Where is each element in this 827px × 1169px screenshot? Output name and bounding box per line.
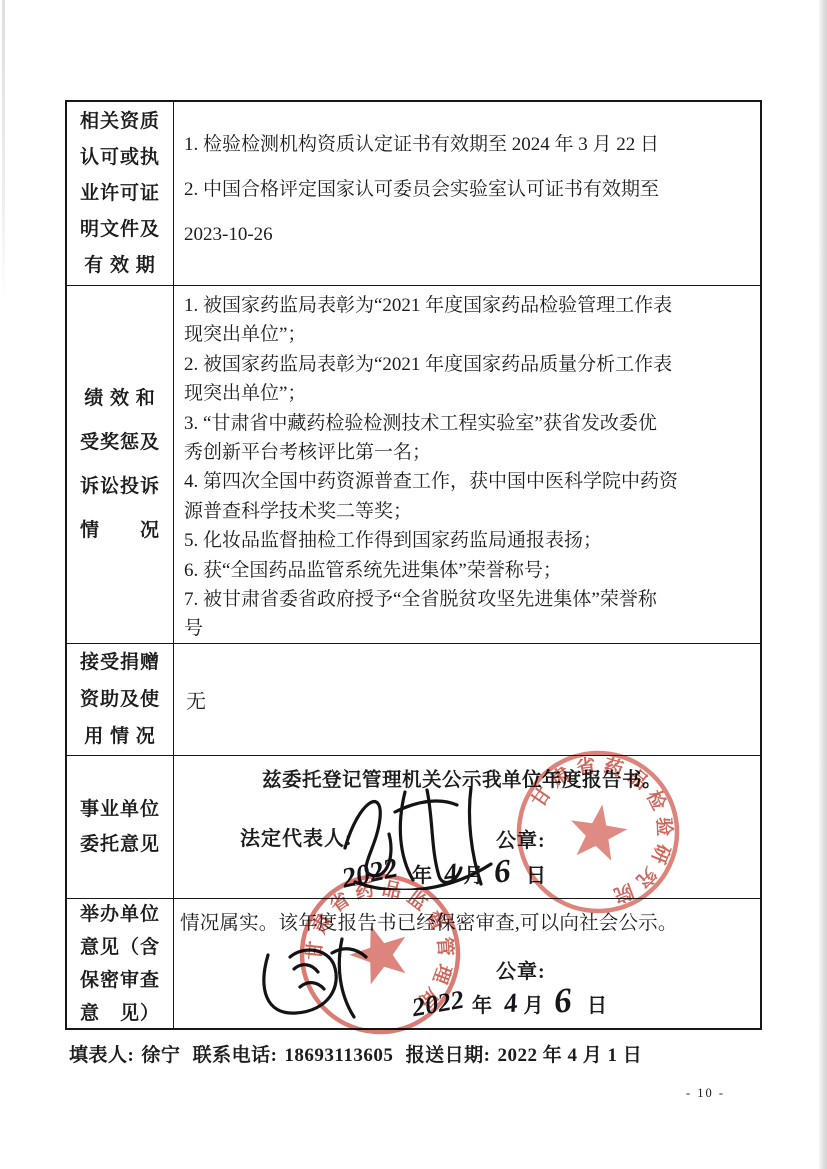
text-line: 绩 效 和 xyxy=(84,377,156,421)
phone-label: 联系电话: xyxy=(193,1045,278,1066)
scan-artifact-left xyxy=(2,0,5,300)
page-number: - 10 - xyxy=(686,1086,725,1101)
text-line: 接受捐赠 xyxy=(80,644,160,681)
phone-number: 18693113605 xyxy=(284,1045,393,1066)
text-line: 号 xyxy=(184,614,754,643)
table-row-performance: 绩 效 和受奖惩及诉讼投诉情 况 1. 被国家药监局表彰为“2021 年度国家药… xyxy=(67,285,760,643)
submit-date: 2022 年 4 月 1 日 xyxy=(497,1045,642,1066)
row-header-sponsor-opinion: 举办单位意见（含保密审查意 见） xyxy=(67,899,174,1028)
table-row-qualifications: 相关资质认可或执业许可证明文件及有 效 期 1. 检验检测机构资质认定证书有效期… xyxy=(67,102,760,285)
text-line: 受奖惩及 xyxy=(80,421,160,465)
text-line: 举办单位 xyxy=(80,898,160,931)
text-line: 源普查科学技术奖二等奖； xyxy=(184,497,754,526)
text-line: 用 情 况 xyxy=(84,718,156,755)
sponsor-date-month: 4 xyxy=(502,987,519,1019)
text-line: 现突出单位”； xyxy=(184,379,754,408)
text-line: 4. 第四次全国中药资源普查工作，获中国中医科学院中药资 xyxy=(184,467,754,496)
text-line: 秀创新平台考核评比第一名； xyxy=(184,438,754,467)
filler-name: 徐宁 xyxy=(141,1045,180,1066)
text-line: 明文件及 xyxy=(80,212,160,248)
submit-date-label: 报送日期: xyxy=(406,1045,491,1066)
row-header-entrust-opinion: 事业单位委托意见 xyxy=(67,756,174,898)
text-line: 1. 检验检测机构资质认定证书有效期至 2024 年 3 月 22 日 xyxy=(184,122,752,167)
sponsor-seal-label: 公章: xyxy=(496,955,546,984)
text-line: 6. 获“全国药品监管系统先进集体”荣誉称号； xyxy=(184,556,754,585)
text-line: 事业单位 xyxy=(80,792,160,827)
row-content-qualifications: 1. 检验检测机构资质认定证书有效期至 2024 年 3 月 22 日2. 中国… xyxy=(174,102,760,285)
text-line: 2. 被国家药监局表彰为“2021 年度国家药品质量分析工作表 xyxy=(184,350,754,379)
entrust-date-month-unit: 月 xyxy=(464,859,484,888)
institute-round-stamp: 甘肃省药品检验研究院 xyxy=(497,731,698,932)
row-header-performance: 绩 效 和受奖惩及诉讼投诉情 况 xyxy=(67,286,174,643)
text-line: 2023-10-26 xyxy=(184,212,752,257)
text-line: 3. “甘肃省中藏药检验检测技术工程实验室”获省发改委优 xyxy=(184,409,754,438)
text-line: 5. 化妆品监督抽检工作得到国家药监局通报表扬； xyxy=(184,526,754,555)
text-line: 意 见） xyxy=(80,997,160,1030)
text-line: 现突出单位”； xyxy=(184,320,754,349)
text-line: 业许可证 xyxy=(80,176,160,212)
text-line: 委托意见 xyxy=(80,827,160,862)
row-content-donations: 无 xyxy=(174,644,760,755)
filler-label: 填表人: xyxy=(69,1045,134,1066)
text-line: 7. 被甘肃省委省政府授予“全省脱贫攻坚先进集体”荣誉称 xyxy=(184,585,754,614)
text-line: 1. 被国家药监局表彰为“2021 年度国家药品检验管理工作表 xyxy=(184,291,754,320)
text-line: 意见（含 xyxy=(80,931,160,964)
text-line: 保密审查 xyxy=(80,964,160,997)
text-line: 相关资质 xyxy=(80,104,160,140)
sponsor-date-day: 6 xyxy=(552,980,573,1021)
text-line: 情 况 xyxy=(80,509,160,553)
table-row-donations: 接受捐赠资助及使用 情 况 无 xyxy=(67,643,760,755)
text-line: 认可或执 xyxy=(80,140,160,176)
text-line: 2. 中国合格评定国家认可委员会实验室认可证书有效期至 xyxy=(184,167,752,212)
sponsor-date-day-unit: 日 xyxy=(587,989,607,1018)
row-content-performance: 1. 被国家药监局表彰为“2021 年度国家药品检验管理工作表现突出单位”；2.… xyxy=(174,286,760,643)
row-header-qualifications: 相关资质认可或执业许可证明文件及有 效 期 xyxy=(67,102,174,285)
text-line: 资助及使 xyxy=(80,681,160,718)
text-line: 诉讼投诉 xyxy=(80,465,160,509)
text-line: 有 效 期 xyxy=(84,248,156,284)
document-page: 相关资质认可或执业许可证明文件及有 效 期 1. 检验检测机构资质认定证书有效期… xyxy=(0,0,827,1169)
footer-filler-info: 填表人:徐宁 联系电话:18693113605 报送日期:2022 年 4 月 … xyxy=(69,1040,769,1067)
text-line: 无 xyxy=(186,685,206,714)
row-header-donations: 接受捐赠资助及使用 情 况 xyxy=(67,644,174,755)
sponsor-date-month-unit: 月 xyxy=(524,989,544,1018)
scan-artifact-right xyxy=(818,0,827,1169)
